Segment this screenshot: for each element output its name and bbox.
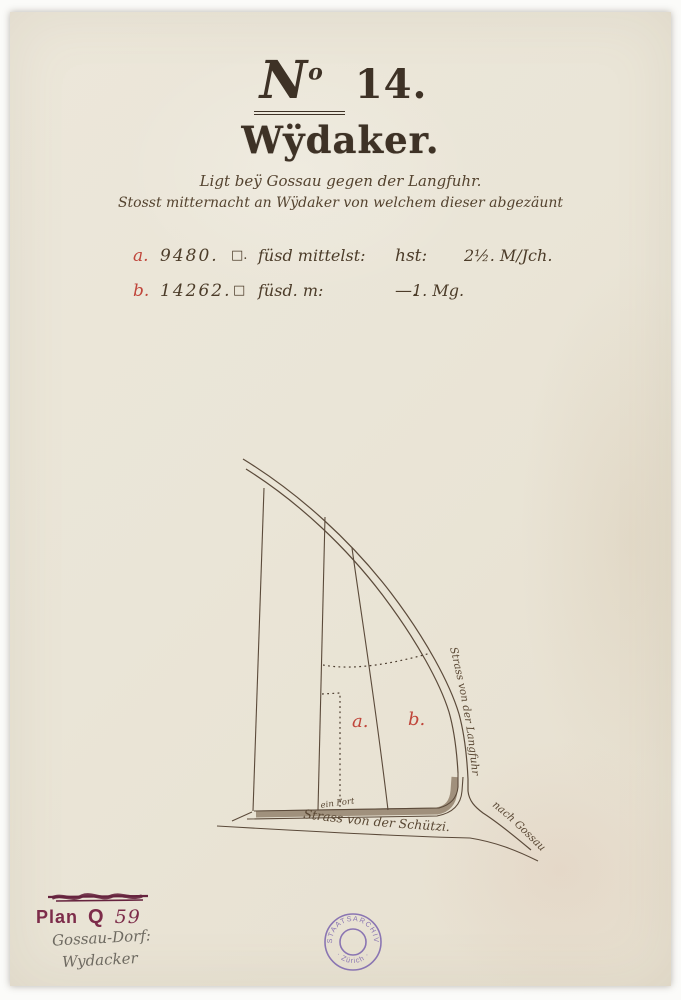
square-foot-symbol: □. xyxy=(231,248,247,263)
crossed-out-stamp xyxy=(46,889,156,907)
archive-round-stamp: STAATSARCHIV · Zürich · xyxy=(316,905,390,979)
entry-unit: füsd. m: xyxy=(258,281,323,300)
plan-letter: Q xyxy=(88,906,105,928)
plan-signature: Plan Q 59 xyxy=(36,906,141,929)
plan-number-heading: No14. xyxy=(0,50,681,111)
entry-row-b: b. 14262. □ füsd. m: —. 1. Mg. xyxy=(0,281,681,307)
entry-area: 14262. xyxy=(160,281,231,301)
stamp-text-bottom: · Zürich · xyxy=(335,950,372,965)
page-title: Wÿdaker. xyxy=(0,118,681,162)
entry-row-a: a. 9480. □. füsd mittelst: hst: 2½. M/Jc… xyxy=(0,246,681,272)
entry-result: 1. Mg. xyxy=(412,281,464,300)
square-foot-symbol: □ xyxy=(233,283,245,298)
number-value: 14. xyxy=(355,61,428,108)
entry-unit: füsd mittelst: xyxy=(258,246,366,265)
entry-key: b. xyxy=(133,281,149,301)
scanned-plan-sheet: No14. Wÿdaker. Ligt beÿ Gossau gegen der… xyxy=(0,0,681,1000)
entry-area: 9480. xyxy=(160,246,219,266)
subtitle-line-2: Stosst mitternacht an Wÿdaker von welche… xyxy=(0,195,681,211)
entry-result: 2½. M/Jch. xyxy=(464,246,552,265)
plan-word: Plan xyxy=(36,907,78,927)
number-prefix: No xyxy=(254,50,345,115)
entry-calc: hst: xyxy=(395,246,427,266)
entry-key: a. xyxy=(133,246,149,266)
subtitle-line-1: Ligt beÿ Gossau gegen der Langfuhr. xyxy=(0,172,681,190)
plan-number: 59 xyxy=(115,906,141,928)
